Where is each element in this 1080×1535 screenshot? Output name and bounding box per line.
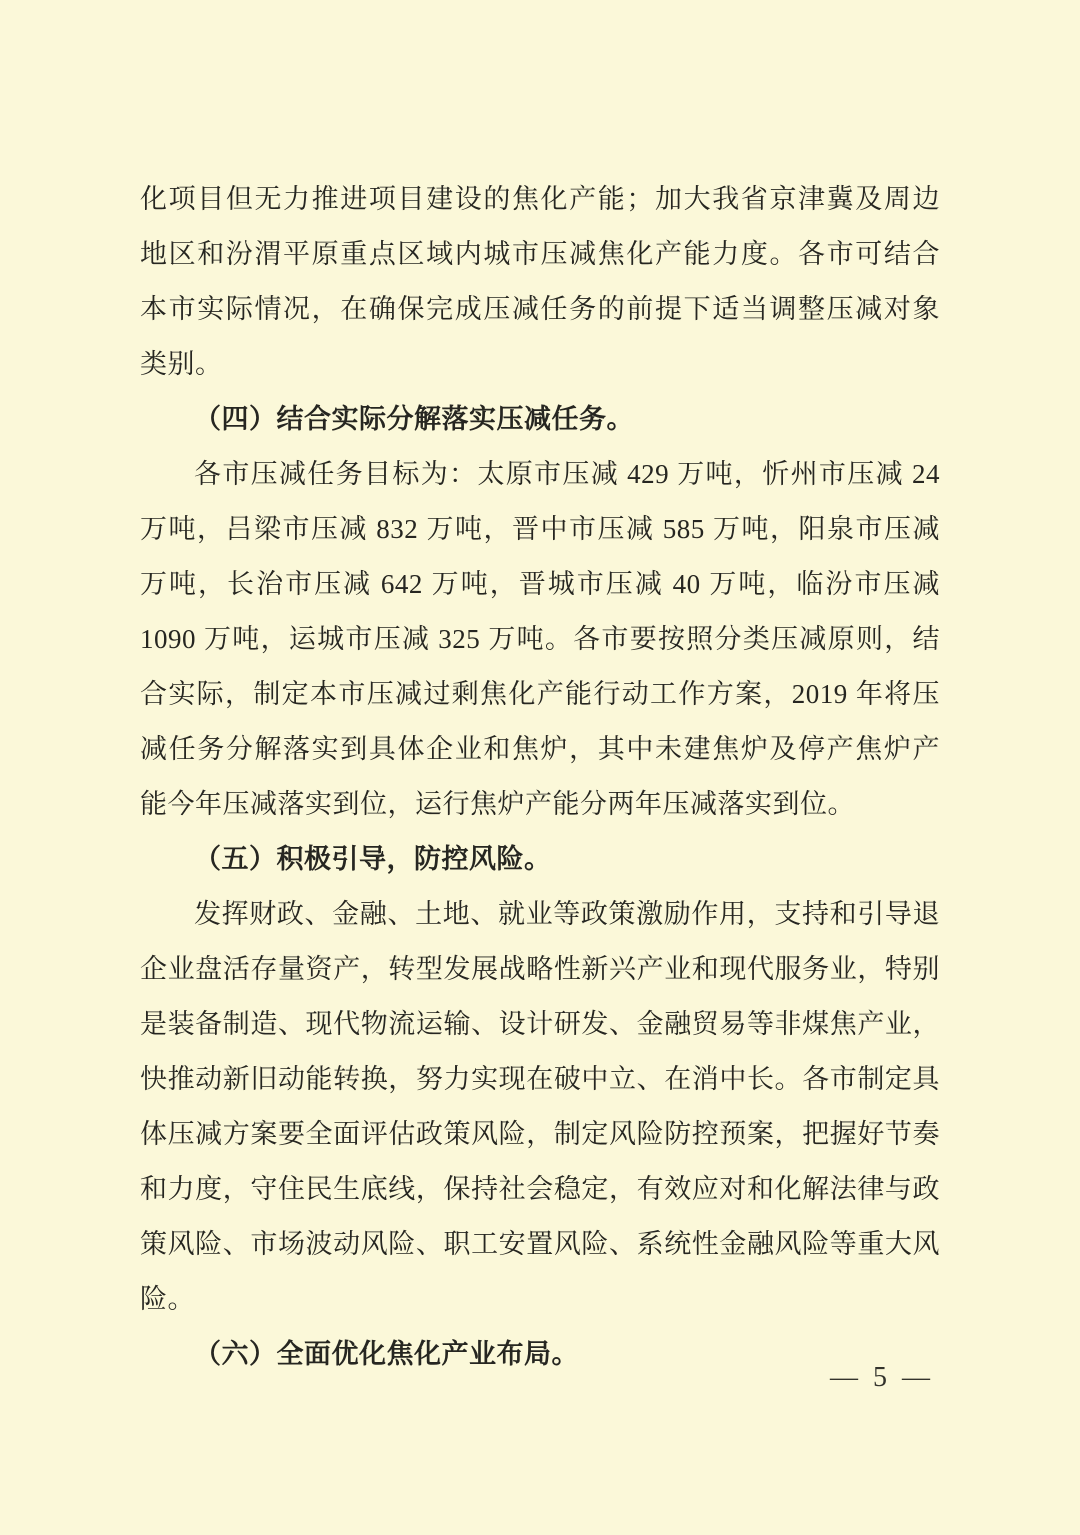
text-line: 发挥财政、金融、土地、就业等政策激励作用，支持和引导退出 [140, 887, 940, 942]
text-line: 是装备制造、现代物流运输、设计研发、金融贸易等非煤焦产业，加 [140, 997, 940, 1052]
text-line: 体压减方案要全面评估政策风险，制定风险防控预案，把握好节奏 [140, 1107, 940, 1162]
footer-right-dash: — [902, 1358, 930, 1398]
footer-left-dash: — [830, 1358, 858, 1398]
text-line: 1090 万吨，运城市压减 325 万吨。各市要按照分类压减原则，结 [140, 612, 940, 667]
text-line: 和力度，守住民生底线，保持社会稳定，有效应对和化解法律与政 [140, 1162, 940, 1217]
text-line: 类别。 [140, 337, 940, 392]
page-footer: — 5 — [830, 1358, 930, 1398]
text-line: 能今年压减落实到位，运行焦炉产能分两年压减落实到位。 [140, 777, 940, 832]
section-heading: （六）全面优化焦化产业布局。 [140, 1327, 940, 1382]
text-line: 万吨，吕梁市压减 832 万吨，晋中市压减 585 万吨，阳泉市压减 60 [140, 502, 940, 557]
text-line: 险。 [140, 1272, 940, 1327]
text-line: 地区和汾渭平原重点区域内城市压减焦化产能力度。各市可结合 [140, 227, 940, 282]
text-line: 合实际，制定本市压减过剩焦化产能行动工作方案，2019 年将压 [140, 667, 940, 722]
section-heading: （四）结合实际分解落实压减任务。 [140, 392, 940, 447]
section-heading: （五）积极引导，防控风险。 [140, 832, 940, 887]
text-line: 减任务分解落实到具体企业和焦炉，其中未建焦炉及停产焦炉产 [140, 722, 940, 777]
text-line: 企业盘活存量资产，转型发展战略性新兴产业和现代服务业，特别 [140, 942, 940, 997]
text-line: 化项目但无力推进项目建设的焦化产能；加大我省京津冀及周边 [140, 172, 940, 227]
document-body: 化项目但无力推进项目建设的焦化产能；加大我省京津冀及周边地区和汾渭平原重点区域内… [140, 172, 940, 1382]
text-line: 策风险、市场波动风险、职工安置风险、系统性金融风险等重大风 [140, 1217, 940, 1272]
text-line: 快推动新旧动能转换，努力实现在破中立、在消中长。各市制定具 [140, 1052, 940, 1107]
text-line: 本市实际情况，在确保完成压减任务的前提下适当调整压减对象 [140, 282, 940, 337]
text-line: 万吨，长治市压减 642 万吨，晋城市压减 40 万吨，临汾市压减 [140, 557, 940, 612]
text-line: 各市压减任务目标为：太原市压减 429 万吨，忻州市压减 24 [140, 447, 940, 502]
page-number: 5 [873, 1358, 887, 1398]
document-page: 化项目但无力推进项目建设的焦化产能；加大我省京津冀及周边地区和汾渭平原重点区域内… [0, 0, 1080, 1535]
